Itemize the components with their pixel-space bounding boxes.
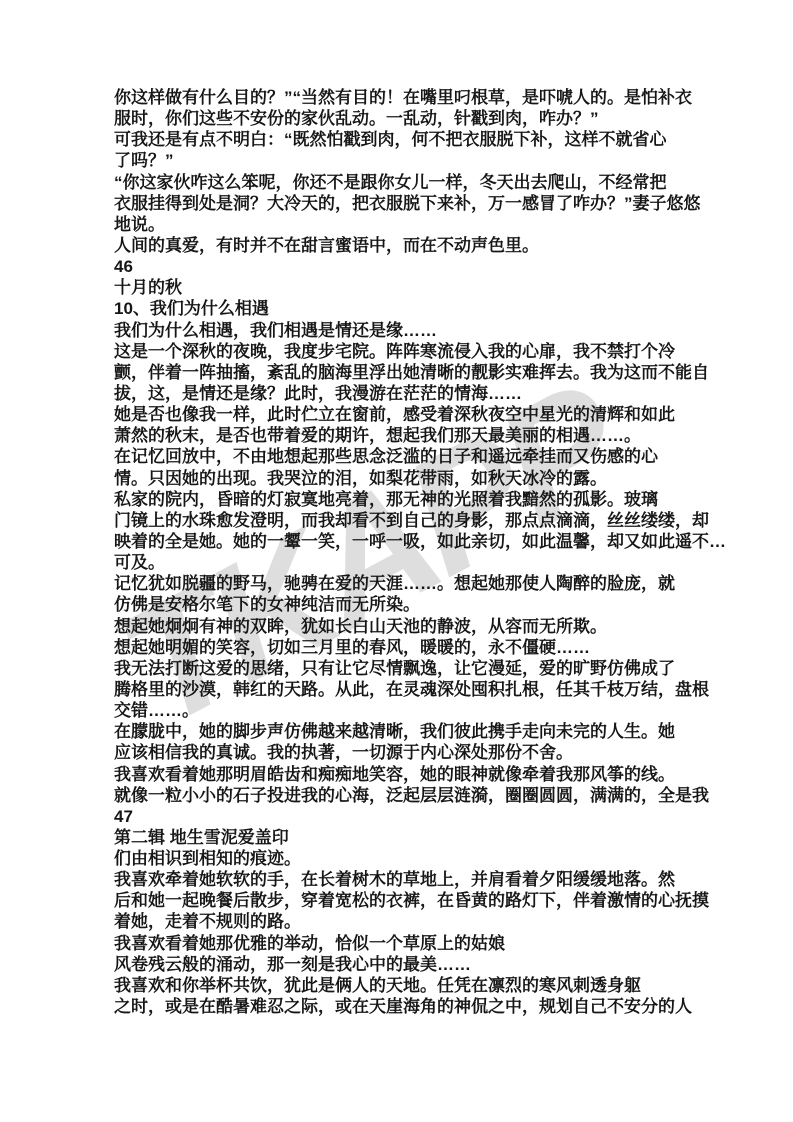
text-line: 我喜欢看着她那优雅的举动，恰似一个草原上的姑娘 [114,933,734,954]
text-line: 映着的全是她。她的一颦一笑，一呼一吸，如此亲切，如此温馨，却又如此遥不… [114,531,734,552]
text-line: 萧然的秋末，是否也带着爱的期许，想起我们那天最美丽的相遇……。 [114,425,734,446]
text-line: 腾格里的沙漠，韩红的天路。从此，在灵魂深处囤积扎根，任其千枝万结，盘根 [114,679,734,700]
text-line: 47 [114,806,734,827]
text-line: 10、我们为什么相遇 [114,298,734,319]
document-page: TKAPP 你这样做有什么目的？”“当然有目的！在嘴里叼根草，是吓唬人的。是怕补… [0,0,793,1122]
text-line: 风卷残云般的涌动，那一刻是我心中的最美…… [114,954,734,975]
text-line: 十月的秋 [114,277,734,298]
text-line: 你这样做有什么目的？”“当然有目的！在嘴里叼根草，是吓唬人的。是怕补衣 [114,87,734,108]
text-line: 门镜上的水珠愈发澄明，而我却看不到自己的身影，那点点滴滴，丝丝缕缕，却 [114,510,734,531]
text-line: 应该相信我的真诚。我的执著，一切源于内心深处那份不舍。 [114,742,734,763]
text-line: 们由相识到相知的痕迹。 [114,848,734,869]
text-line: 了吗？” [114,150,734,171]
text-line: 第二辑 地生雪泥爱盖印 [114,827,734,848]
text-line: 我们为什么相遇，我们相遇是情还是缘…… [114,320,734,341]
text-line: 拔，这，是情还是缘？此时，我漫游在茫茫的情海…… [114,383,734,404]
text-line: 想起她明媚的笑容，切如三月里的春风，暖暖的，永不僵硬…… [114,637,734,658]
text-line: 之时，或是在酷暑难忍之际，或在天崖海角的神侃之中，规划自己不安分的人 [114,996,734,1017]
text-line: 情。只因她的出现。我哭泣的泪，如梨花带雨，如秋天冰冷的露。 [114,468,734,489]
text-line: 在记忆回放中，不由地想起那些思念泛滥的日子和遥远牵挂而又伤感的心 [114,446,734,467]
text-line: 她是否也像我一样，此时伫立在窗前，感受着深秋夜空中星光的清辉和如此 [114,404,734,425]
text-line: 我喜欢和你举杯共饮，犹此是俩人的天地。任凭在凛烈的寒风刺透身躯 [114,975,734,996]
text-line: 就像一粒小小的石子投进我的心海，泛起层层涟漪，圈圈圆圆，满满的，全是我 [114,785,734,806]
document-text: 你这样做有什么目的？”“当然有目的！在嘴里叼根草，是吓唬人的。是怕补衣服时，你们… [114,87,734,1017]
text-line: 这是一个深秋的夜晚，我度步宅院。阵阵寒流侵入我的心扉，我不禁打个冷 [114,341,734,362]
text-line: 私家的院内，昏暗的灯寂寞地亮着，那无神的光照着我黯然的孤影。玻璃 [114,489,734,510]
text-line: 人间的真爱，有时并不在甜言蜜语中，而在不动声色里。 [114,235,734,256]
text-line: 可及。 [114,552,734,573]
text-line: 想起她炯炯有神的双眸，犹如长白山天池的静波，从容而无所欺。 [114,616,734,637]
text-line: 后和她一起晚餐后散步，穿着宽松的衣裤，在昏黄的路灯下，伴着激情的心抚摸 [114,890,734,911]
text-line: 记忆犹如脱疆的野马，驰骋在爱的天涯……。想起她那使人陶醉的脸庞，就 [114,573,734,594]
text-line: 仿佛是安格尔笔下的女神纯洁而无所染。 [114,594,734,615]
text-line: “你这家伙咋这么笨呢，你还不是跟你女儿一样，冬天出去爬山，不经常把 [114,172,734,193]
text-line: 可我还是有点不明白：“既然怕戳到肉，何不把衣服脱下补，这样不就省心 [114,129,734,150]
text-line: 我喜欢牵着她软软的手，在长着树木的草地上，并肩看着夕阳缓缓地落。然 [114,869,734,890]
text-line: 在朦胧中，她的脚步声仿佛越来越清晰，我们彼此携手走向未完的人生。她 [114,721,734,742]
text-line: 服时，你们这些不安份的家伙乱动。一乱动，针戳到肉，咋办？” [114,108,734,129]
text-line: 地说。 [114,214,734,235]
text-line: 颤，伴着一阵抽搐，紊乱的脑海里浮出她清晰的靓影实难挥去。我为这而不能自 [114,362,734,383]
text-line: 我喜欢看着她那明眉皓齿和痴痴地笑容，她的眼神就像牵着我那风筝的线。 [114,764,734,785]
text-line: 我无法打断这爱的思绪，只有让它尽情飘逸，让它漫延，爱的旷野仿佛成了 [114,658,734,679]
text-line: 着她，走着不规则的路。 [114,911,734,932]
text-line: 交错……。 [114,700,734,721]
text-line: 衣服挂得到处是洞？大冷天的，把衣服脱下来补，万一感冒了咋办？”妻子悠悠 [114,193,734,214]
text-line: 46 [114,256,734,277]
